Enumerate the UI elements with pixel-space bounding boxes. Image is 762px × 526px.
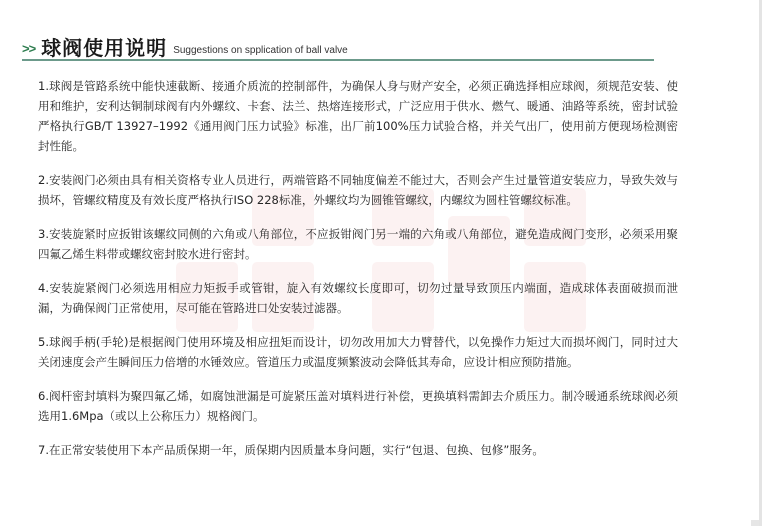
section-header: >> 球阀使用说明 Suggestions on spplication of …: [22, 30, 654, 60]
instruction-paragraph-4: 4.安装旋紧阀门必须选用相应力矩扳手或管钳，旋入有效螺纹长度即可，切勿过量导致顶…: [38, 278, 678, 318]
instruction-paragraph-1: 1.球阀是管路系统中能快速截断、接通介质流的控制部件，为确保人身与财产安全，必须…: [38, 76, 678, 156]
header-divider: [22, 59, 654, 61]
double-chevron-icon: >>: [22, 41, 35, 56]
instruction-paragraph-5: 5.球阀手柄(手轮)是根据阀门使用环境及相应扭矩而设计，切勿改用加大力臂替代，以…: [38, 332, 678, 372]
instruction-paragraph-3: 3.安装旋紧时应扳钳该螺纹同侧的六角或八角部位，不应扳钳阀门另一端的六角或八角部…: [38, 224, 678, 264]
instruction-paragraph-2: 2.安装阀门必须由具有相关资格专业人员进行，两端管路不同轴度偏差不能过大，否则会…: [38, 170, 678, 210]
page-subtitle: Suggestions on spplication of ball valve: [173, 45, 348, 56]
instruction-paragraph-6: 6.阀杆密封填料为聚四氟乙烯，如腐蚀泄漏是可旋紧压盖对填料进行补偿，更换填料需卸…: [38, 386, 678, 426]
instructions-body: 1.球阀是管路系统中能快速截断、接通介质流的控制部件，为确保人身与财产安全，必须…: [38, 76, 678, 474]
page-corner: [751, 520, 759, 526]
page-title: 球阀使用说明: [41, 36, 167, 60]
instruction-paragraph-7: 7.在正常安装使用下本产品质保期一年，质保期内因质量本身问题，实行“包退、包换、…: [38, 440, 678, 460]
